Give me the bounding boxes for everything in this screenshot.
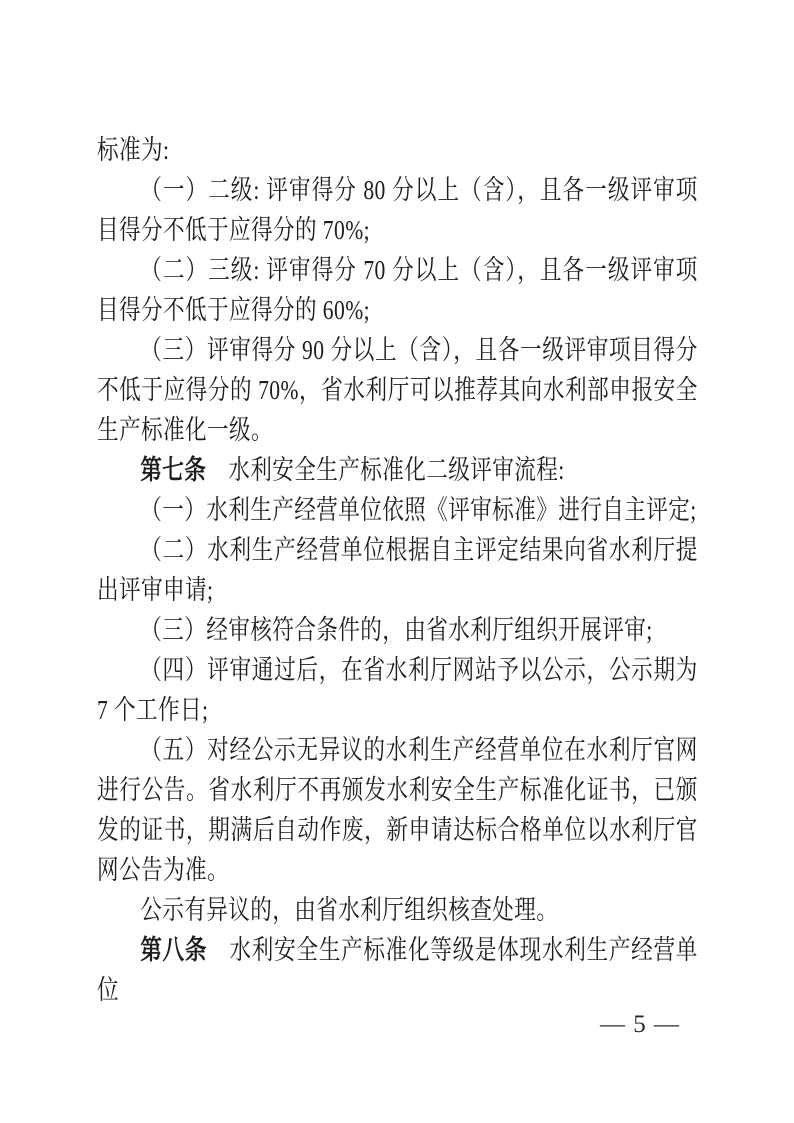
paragraph: （四）评审通过后，在省水利厅网站予以公示，公示期为 7 个工作日; — [97, 650, 698, 730]
text-run: 标准为: — [97, 135, 169, 165]
page-number: — 5 — — [560, 1010, 720, 1040]
paragraph: （一）水利生产经营单位依照《评审标准》进行自主评定; — [97, 490, 698, 530]
paragraph: （五）对经公示无异议的水利生产经营单位在水利厅官网进行公告。省水利厅不再颁发水利… — [97, 730, 698, 890]
text-run: （一）水利生产经营单位依照《评审标准》进行自主评定; — [140, 495, 696, 525]
paragraph: 公示有异议的，由省水利厅组织核查处理。 — [97, 890, 698, 930]
article-number-heading: 第七条 — [140, 455, 206, 485]
text-run: （三）评审得分 90 分以上（含），且各一级评审项目得分不低于应得分的 70%，… — [97, 335, 698, 445]
text-run: （二）水利生产经营单位根据自主评定结果向省水利厅提出评审申请; — [97, 535, 698, 605]
text-run: （四）评审通过后，在省水利厅网站予以公示，公示期为 7 个工作日; — [97, 655, 698, 725]
text-run: （二）三级: 评审得分 70 分以上（含），且各一级评审项目得分不低于应得分的 … — [97, 255, 698, 325]
text-run: （一）二级: 评审得分 80 分以上（含），且各一级评审项目得分不低于应得分的 … — [97, 175, 698, 245]
paragraph: （三）评审得分 90 分以上（含），且各一级评审项目得分不低于应得分的 70%，… — [97, 330, 698, 450]
text-run: （三）经审核符合条件的，由省水利厅组织开展评审; — [140, 615, 652, 645]
document-page: 标准为:（一）二级: 评审得分 80 分以上（含），且各一级评审项目得分不低于应… — [0, 0, 794, 1123]
paragraph: （二）三级: 评审得分 70 分以上（含），且各一级评审项目得分不低于应得分的 … — [97, 250, 698, 330]
document-body: 标准为:（一）二级: 评审得分 80 分以上（含），且各一级评审项目得分不低于应… — [97, 130, 698, 1010]
text-run: 水利安全生产标准化二级评审流程: — [206, 455, 564, 485]
paragraph: （三）经审核符合条件的，由省水利厅组织开展评审; — [97, 610, 698, 650]
paragraph: （一）二级: 评审得分 80 分以上（含），且各一级评审项目得分不低于应得分的 … — [97, 170, 698, 250]
paragraph: （二）水利生产经营单位根据自主评定结果向省水利厅提出评审申请; — [97, 530, 698, 610]
article-number-heading: 第八条 — [140, 935, 207, 965]
paragraph: 第八条 水利安全生产标准化等级是体现水利生产经营单位 — [97, 930, 698, 1010]
paragraph: 标准为: — [97, 130, 698, 170]
paragraph: 第七条 水利安全生产标准化二级评审流程: — [97, 450, 698, 490]
text-run: （五）对经公示无异议的水利生产经营单位在水利厅官网进行公告。省水利厅不再颁发水利… — [97, 735, 698, 885]
text-run: 公示有异议的，由省水利厅组织核查处理。 — [140, 895, 558, 925]
